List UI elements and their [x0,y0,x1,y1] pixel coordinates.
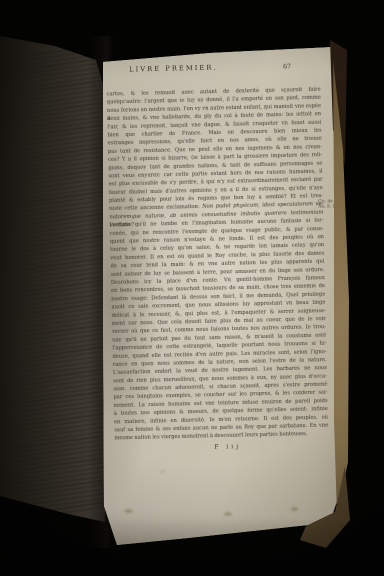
book-photo: L DE MONTAIGNE LIVRE PREMIER. 67 cartes,… [0,0,384,576]
paper-stain [291,507,298,511]
paper-stain [160,470,165,473]
verso-running-header: L DE MONTAIGNE [2,3,71,21]
page-text-block: LIVRE PREMIER. 67 cartes, & les remuoit … [106,61,331,452]
running-header: LIVRE PREMIER. [129,63,218,73]
page-number: 67 [283,62,291,70]
paper-stain [124,509,133,513]
body-lines: cartes, & les remuoit auec autant de dex… [107,85,329,442]
paper-stain [224,512,232,516]
